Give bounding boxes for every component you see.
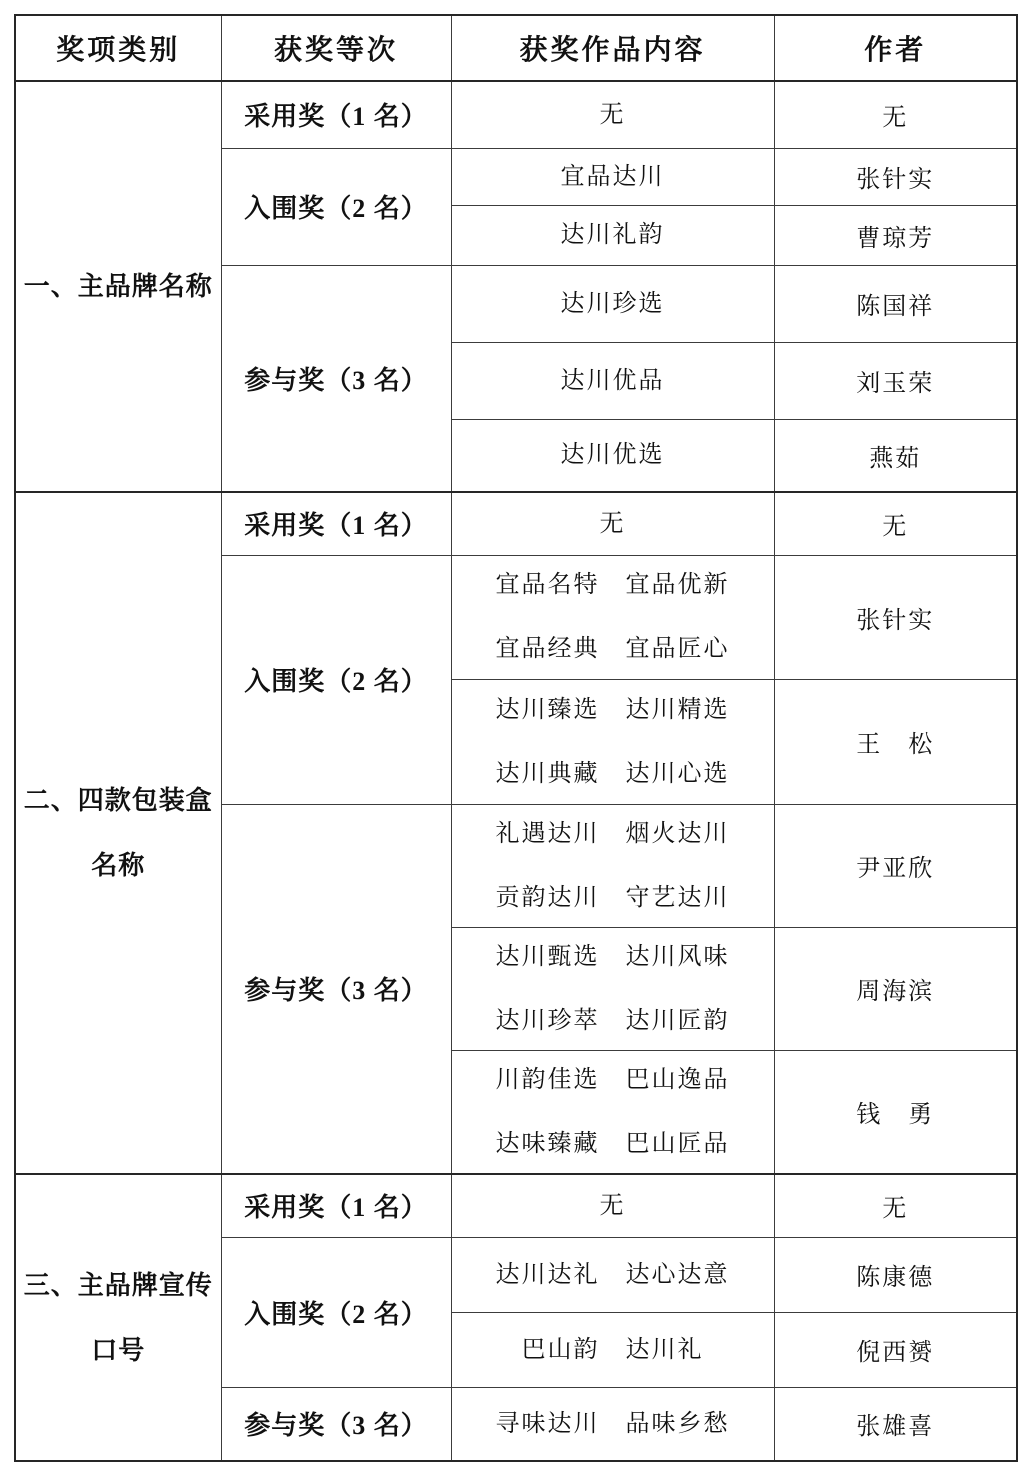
work-line: 达川优品 — [456, 366, 770, 396]
author-cell: 周海滨 — [774, 927, 1017, 1050]
work-cell: 无 — [451, 492, 774, 555]
work-line: 宜品达川 — [456, 162, 770, 192]
column-header-award-level: 获奖等次 — [221, 15, 451, 81]
work-line: 无 — [456, 100, 770, 130]
author-cell: 王 松 — [774, 679, 1017, 804]
work-cell: 达川礼韵 — [451, 205, 774, 265]
author-cell: 无 — [774, 81, 1017, 148]
award-level-cell: 参与奖（3 名） — [221, 1387, 451, 1461]
work-line: 礼遇达川 烟火达川 — [456, 819, 770, 849]
work-cell: 寻味达川 品味乡愁 — [451, 1387, 774, 1461]
work-cell: 宜品达川 — [451, 148, 774, 205]
work-cell: 达川甄选 达川风味 达川珍萃 达川匠韵 — [451, 927, 774, 1050]
work-cell: 达川达礼 达心达意 — [451, 1237, 774, 1312]
work-line: 达川达礼 达心达意 — [456, 1260, 770, 1290]
award-level-cell: 参与奖（3 名） — [221, 804, 451, 1174]
work-line: 达川礼韵 — [456, 220, 770, 250]
author-cell: 张针实 — [774, 148, 1017, 205]
awards-table: 奖项类别 获奖等次 获奖作品内容 作者 一、主品牌名称 采用奖（1 名） 无 无… — [14, 14, 1018, 1462]
award-level-cell: 采用奖（1 名） — [221, 81, 451, 148]
work-line: 达川甄选 达川风味 — [456, 942, 770, 972]
author-cell: 陈康德 — [774, 1237, 1017, 1312]
award-level-cell: 入围奖（2 名） — [221, 555, 451, 804]
work-line: 川韵佳选 巴山逸品 — [456, 1065, 770, 1095]
work-cell: 巴山韵 达川礼 — [451, 1312, 774, 1387]
column-header-work-content: 获奖作品内容 — [451, 15, 774, 81]
category-cell: 三、主品牌宣传口号 — [15, 1174, 221, 1461]
category-cell: 一、主品牌名称 — [15, 81, 221, 492]
work-line: 寻味达川 品味乡愁 — [456, 1409, 770, 1439]
work-line: 达川珍选 — [456, 289, 770, 319]
document-page: 奖项类别 获奖等次 获奖作品内容 作者 一、主品牌名称 采用奖（1 名） 无 无… — [0, 0, 1030, 1473]
table-row: 一、主品牌名称 采用奖（1 名） 无 无 — [15, 81, 1017, 148]
work-line: 无 — [456, 1191, 770, 1221]
work-line: 达味臻藏 巴山匠品 — [456, 1129, 770, 1159]
author-cell: 曹琼芳 — [774, 205, 1017, 265]
header-row: 奖项类别 获奖等次 获奖作品内容 作者 — [15, 15, 1017, 81]
work-line: 达川珍萃 达川匠韵 — [456, 1006, 770, 1036]
work-cell: 礼遇达川 烟火达川 贡韵达川 守艺达川 — [451, 804, 774, 927]
award-level-cell: 入围奖（2 名） — [221, 148, 451, 265]
work-line: 贡韵达川 守艺达川 — [456, 883, 770, 913]
author-cell: 张针实 — [774, 555, 1017, 679]
author-cell: 倪西赟 — [774, 1312, 1017, 1387]
work-line: 达川典藏 达川心选 — [456, 759, 770, 789]
author-cell: 无 — [774, 1174, 1017, 1237]
column-header-author: 作者 — [774, 15, 1017, 81]
work-cell: 达川优选 — [451, 419, 774, 492]
work-cell: 川韵佳选 巴山逸品 达味臻藏 巴山匠品 — [451, 1050, 774, 1174]
table-row: 三、主品牌宣传口号 采用奖（1 名） 无 无 — [15, 1174, 1017, 1237]
author-cell: 张雄喜 — [774, 1387, 1017, 1461]
award-level-cell: 采用奖（1 名） — [221, 1174, 451, 1237]
author-cell: 燕茹 — [774, 419, 1017, 492]
work-cell: 无 — [451, 1174, 774, 1237]
award-level-cell: 采用奖（1 名） — [221, 492, 451, 555]
column-header-category: 奖项类别 — [15, 15, 221, 81]
work-line: 宜品名特 宜品优新 — [456, 570, 770, 600]
work-line: 达川优选 — [456, 440, 770, 470]
award-level-cell: 参与奖（3 名） — [221, 265, 451, 492]
author-cell: 尹亚欣 — [774, 804, 1017, 927]
author-cell: 钱 勇 — [774, 1050, 1017, 1174]
work-cell: 达川珍选 — [451, 265, 774, 342]
category-cell: 二、四款包装盒名称 — [15, 492, 221, 1174]
work-cell: 达川优品 — [451, 342, 774, 419]
work-line: 达川臻选 达川精选 — [456, 695, 770, 725]
work-cell: 无 — [451, 81, 774, 148]
work-line: 巴山韵 达川礼 — [456, 1335, 770, 1365]
work-cell: 宜品名特 宜品优新 宜品经典 宜品匠心 — [451, 555, 774, 679]
author-cell: 刘玉荣 — [774, 342, 1017, 419]
author-cell: 无 — [774, 492, 1017, 555]
award-level-cell: 入围奖（2 名） — [221, 1237, 451, 1387]
work-cell: 达川臻选 达川精选 达川典藏 达川心选 — [451, 679, 774, 804]
author-cell: 陈国祥 — [774, 265, 1017, 342]
table-row: 二、四款包装盒名称 采用奖（1 名） 无 无 — [15, 492, 1017, 555]
work-line: 宜品经典 宜品匠心 — [456, 634, 770, 664]
work-line: 无 — [456, 509, 770, 539]
